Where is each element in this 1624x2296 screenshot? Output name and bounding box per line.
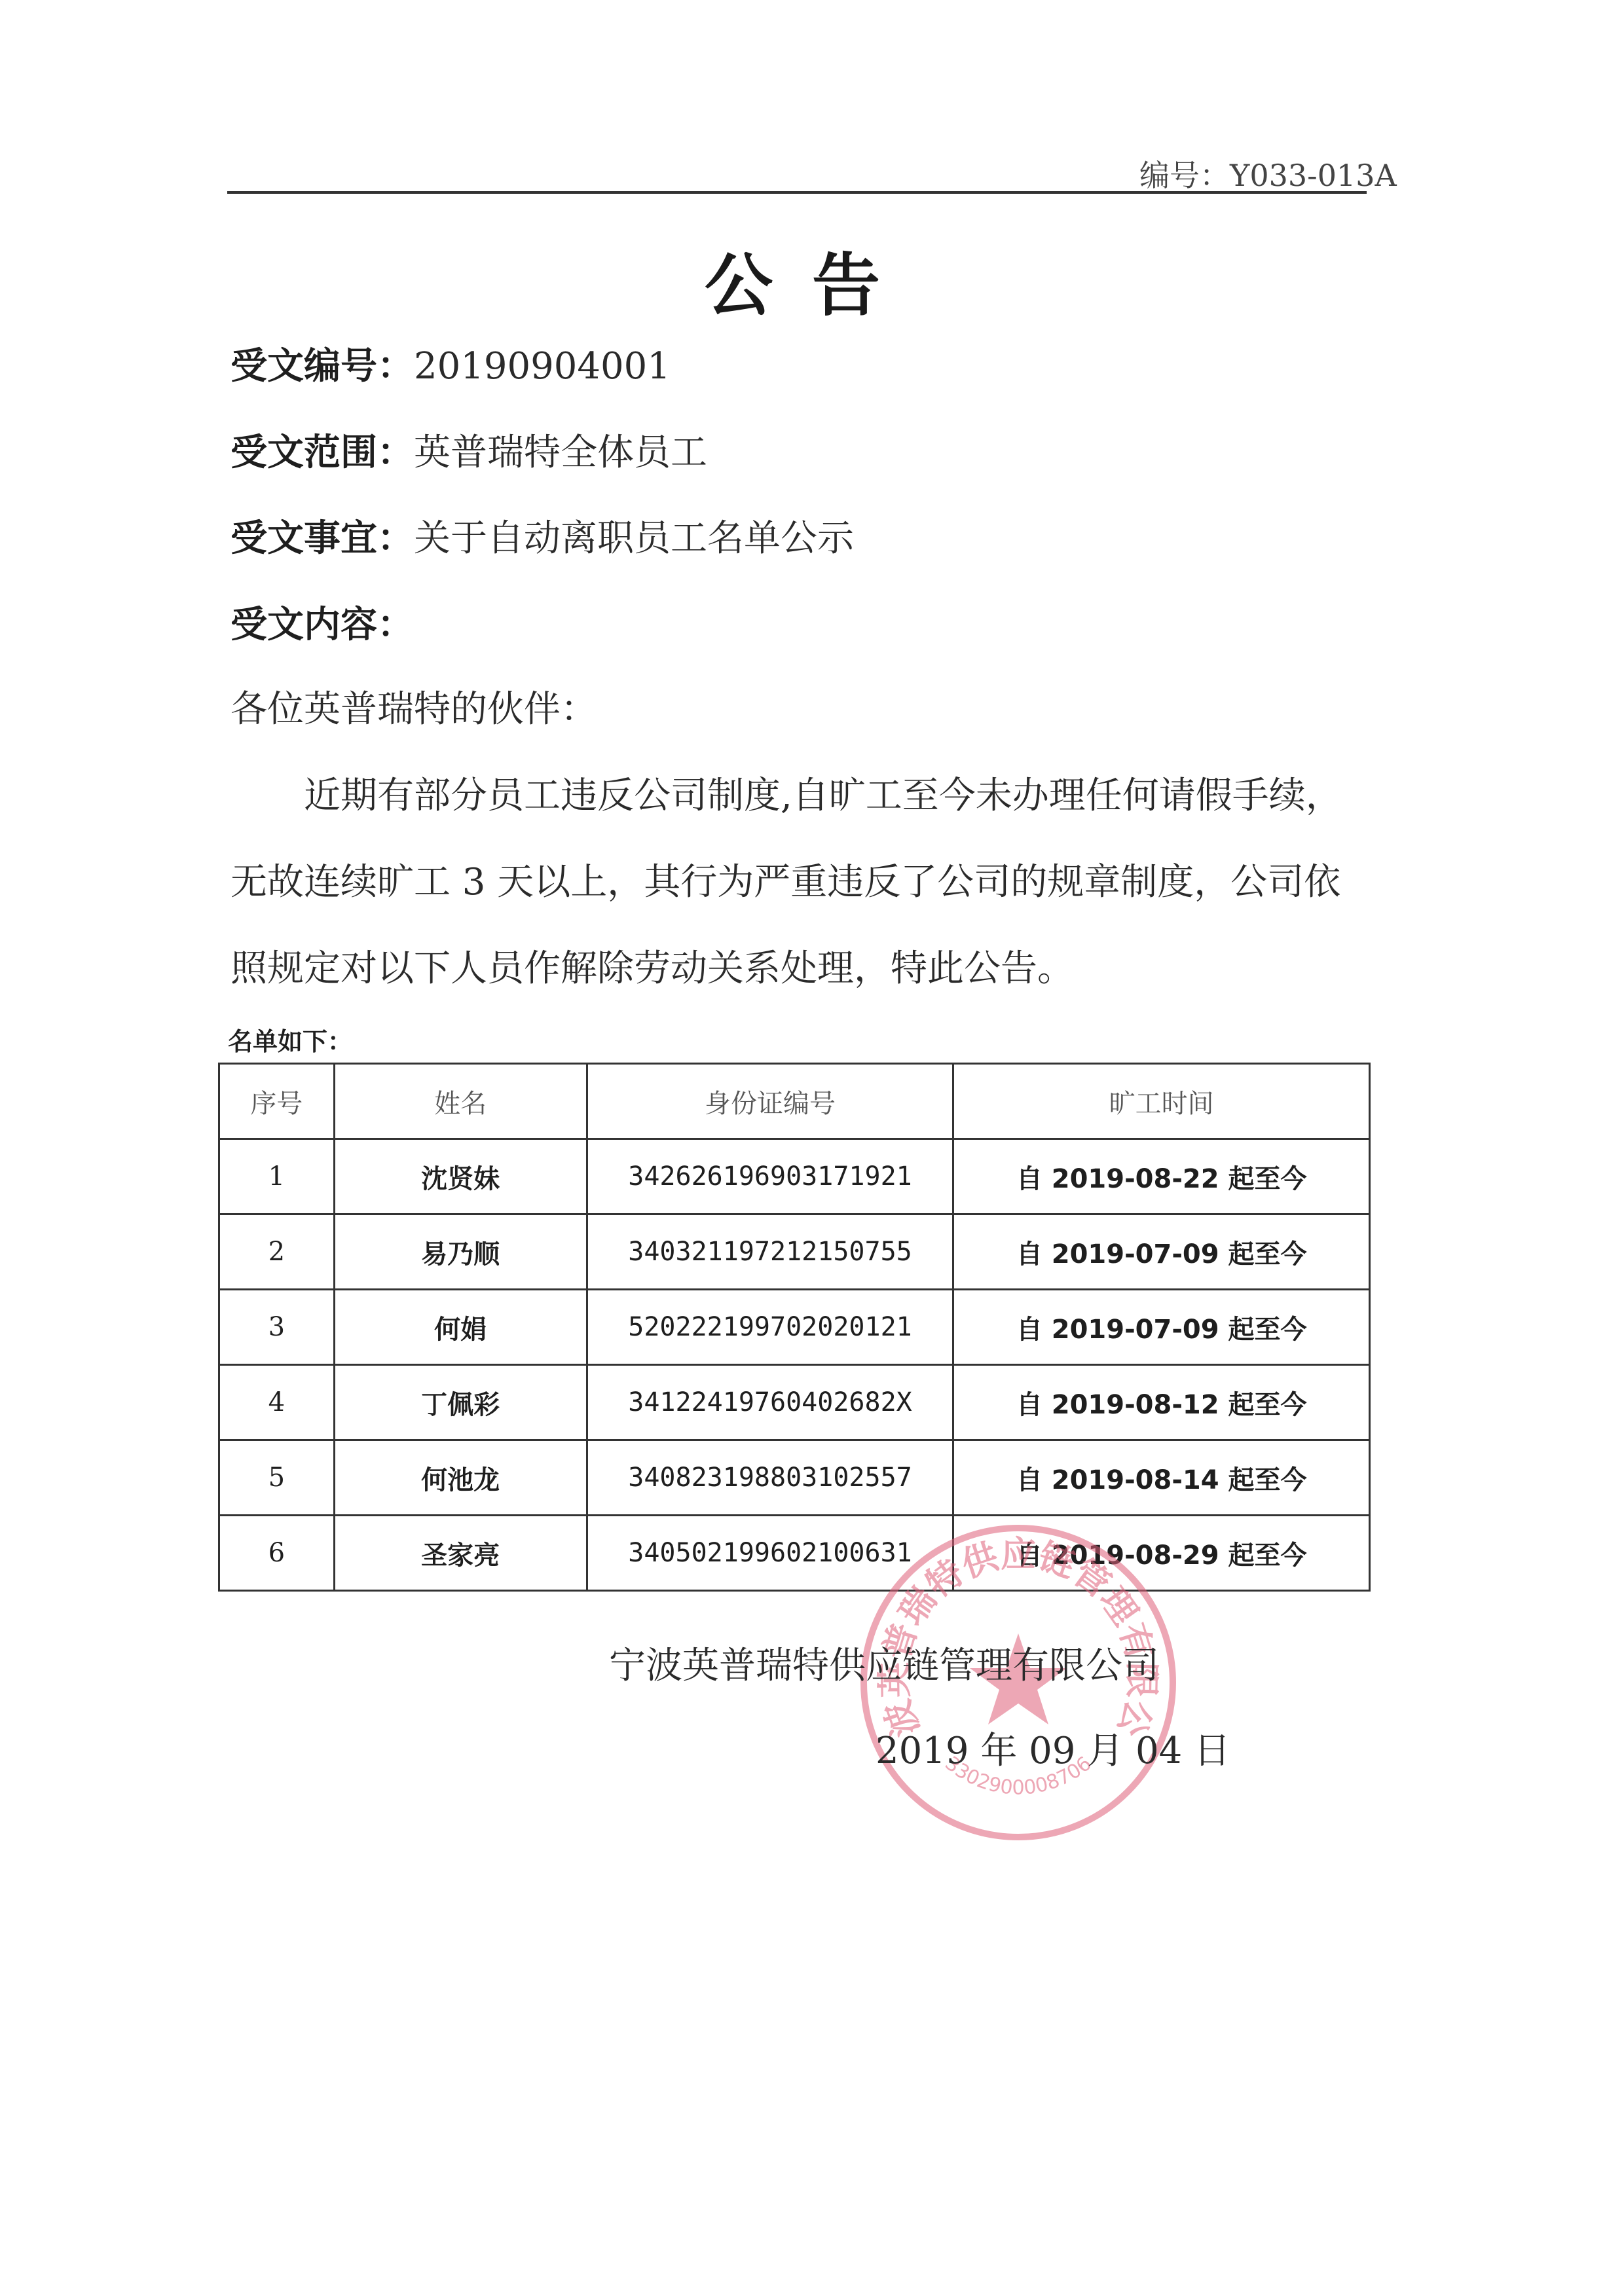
field-value: 英普瑞特全体员工	[414, 431, 707, 474]
cell-absence: 自 2019-07-09 起至今	[953, 1290, 1370, 1365]
table-row: 1 沈贤妹 342626196903171921 自 2019-08-22 起至…	[219, 1139, 1370, 1214]
table-row: 5 何池龙 340823198803102557 自 2019-08-14 起至…	[219, 1440, 1370, 1516]
cell-absence: 自 2019-08-12 起至今	[953, 1365, 1370, 1440]
list-label: 名单如下：	[228, 1021, 352, 1057]
cell-no: 1	[219, 1139, 335, 1214]
field-label: 受文事宜：	[231, 517, 414, 560]
cell-id: 520222199702020121	[587, 1290, 953, 1365]
cell-absence: 自 2019-08-22 起至今	[953, 1139, 1370, 1214]
table-row: 2 易乃顺 340321197212150755 自 2019-07-09 起至…	[219, 1214, 1370, 1290]
column-header-name: 姓名	[334, 1064, 587, 1139]
cell-name: 沈贤妹	[334, 1139, 587, 1214]
signature-date: 2019 年 09 月 04 日	[876, 1722, 1230, 1774]
table-header-row: 序号 姓名 身份证编号 旷工时间	[219, 1064, 1370, 1139]
field-subject: 受文事宜：关于自动离职员工名单公示	[231, 509, 854, 562]
cell-no: 6	[219, 1516, 335, 1591]
document-code-label: 编号：	[1139, 158, 1230, 193]
notice-body: 各位英普瑞特的伙伴： 近期有部分员工违反公司制度,自旷工至今未办理任何请假手续，…	[231, 666, 1370, 1012]
cell-no: 5	[219, 1440, 335, 1516]
table-row: 4 丁佩彩 34122419760402682X 自 2019-08-12 起至…	[219, 1365, 1370, 1440]
cell-name: 丁佩彩	[334, 1365, 587, 1440]
cell-name: 何池龙	[334, 1440, 587, 1516]
cell-absence: 自 2019-08-14 起至今	[953, 1440, 1370, 1516]
cell-name: 圣家亮	[334, 1516, 587, 1591]
field-value: 关于自动离职员工名单公示	[414, 517, 854, 560]
cell-id: 340502199602100631	[587, 1516, 953, 1591]
field-value: 20190904001	[414, 345, 671, 388]
page-title: 公告	[0, 230, 1624, 329]
cell-absence: 自 2019-07-09 起至今	[953, 1214, 1370, 1290]
cell-no: 4	[219, 1365, 335, 1440]
column-header-absence: 旷工时间	[953, 1064, 1370, 1139]
cell-name: 何娟	[334, 1290, 587, 1365]
table-row: 3 何娟 520222199702020121 自 2019-07-09 起至今	[219, 1290, 1370, 1365]
cell-no: 3	[219, 1290, 335, 1365]
employee-table: 序号 姓名 身份证编号 旷工时间 1 沈贤妹 34262619690317192…	[218, 1063, 1371, 1592]
header-divider	[227, 191, 1367, 194]
cell-name: 易乃顺	[334, 1214, 587, 1290]
field-content: 受文内容：	[231, 596, 414, 648]
field-label: 受文内容：	[231, 604, 414, 646]
cell-id: 342626196903171921	[587, 1139, 953, 1214]
field-label: 受文编号：	[231, 345, 414, 388]
notice-paragraph: 近期有部分员工违反公司制度,自旷工至今未办理任何请假手续，无故连续旷工 3 天以…	[231, 753, 1370, 1012]
document-code-value: Y033-013A	[1230, 158, 1397, 193]
cell-id: 340823198803102557	[587, 1440, 953, 1516]
column-header-no: 序号	[219, 1064, 335, 1139]
column-header-id: 身份证编号	[587, 1064, 953, 1139]
document-code: 编号：Y033-013A	[1139, 152, 1397, 195]
field-document-number: 受文编号：20190904001	[231, 337, 671, 390]
cell-no: 2	[219, 1214, 335, 1290]
field-label: 受文范围：	[231, 431, 414, 474]
cell-absence: 自 2019-08-29 起至今	[953, 1516, 1370, 1591]
field-scope: 受文范围：英普瑞特全体员工	[231, 424, 707, 476]
salutation: 各位英普瑞特的伙伴：	[231, 666, 1370, 753]
table-row: 6 圣家亮 340502199602100631 自 2019-08-29 起至…	[219, 1516, 1370, 1591]
cell-id: 34122419760402682X	[587, 1365, 953, 1440]
signature-company: 宁波英普瑞特供应链管理有限公司	[609, 1637, 1159, 1689]
cell-id: 340321197212150755	[587, 1214, 953, 1290]
